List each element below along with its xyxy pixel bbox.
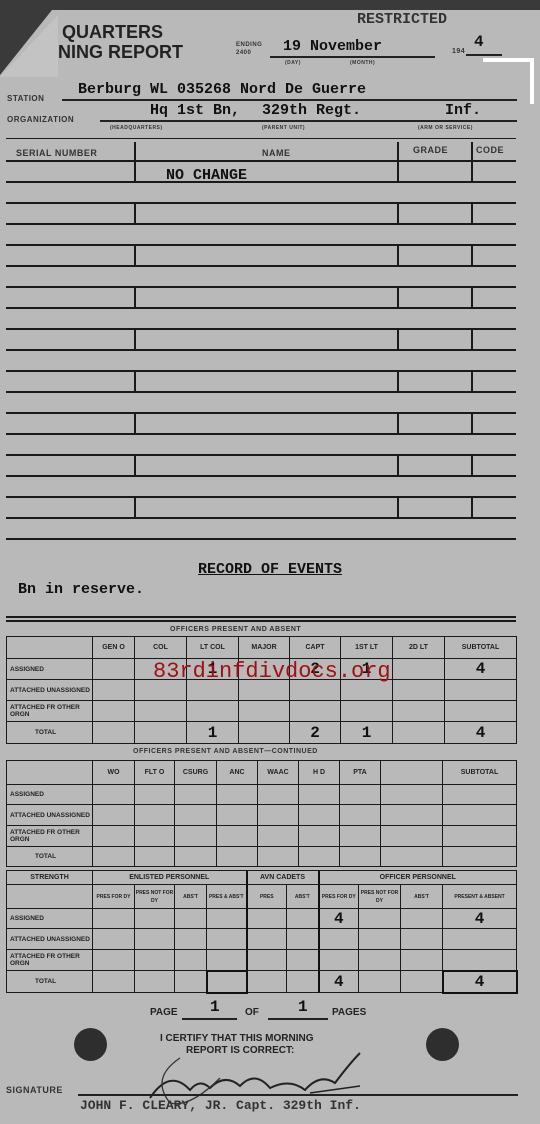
cell: 2 [290, 722, 341, 744]
roster-divider [134, 454, 136, 475]
col-serial-number: SERIAL NUMBER [16, 148, 97, 158]
col: PRES FOR DY [93, 885, 135, 909]
roster-divider [397, 370, 399, 391]
header-divider [471, 142, 473, 160]
roster-divider [471, 160, 473, 181]
roster-rule [6, 391, 516, 393]
roster-rule [6, 244, 516, 246]
col-pta: PTA [340, 761, 381, 785]
officers-col-major: MAJOR [239, 637, 290, 659]
roster-divider [134, 412, 136, 433]
row-label: ASSIGNED [7, 659, 93, 680]
row-label: TOTAL [7, 847, 93, 867]
strength-row-total: TOTAL 4 4 [7, 971, 517, 993]
cell: 4 [445, 659, 517, 680]
roster-divider [134, 496, 136, 517]
col-grade: GRADE [413, 145, 448, 155]
pages-underline [268, 1018, 328, 1020]
col: ABS'T [401, 885, 443, 909]
roster-divider [397, 286, 399, 307]
row-label: TOTAL [7, 971, 93, 993]
roster-divider [397, 496, 399, 517]
col-blank [381, 761, 443, 785]
cell: 1 [187, 722, 239, 744]
roster-rule [6, 265, 516, 267]
arm-caption: (ARM OR SERVICE) [418, 125, 473, 131]
roster-rule [6, 370, 516, 372]
organization-underline [100, 120, 517, 122]
officers-col-subtotal: SUBTOTAL [445, 637, 517, 659]
roster-rule [6, 307, 516, 309]
col-name: NAME [262, 148, 291, 158]
officers-col-col: COL [135, 637, 187, 659]
station-underline [62, 99, 517, 101]
report-date: 19 November [283, 38, 382, 55]
watermark: 83rdinfdivdocs.org [153, 659, 391, 684]
col: PRES NOT FOR DY [359, 885, 401, 909]
page-underline [182, 1018, 237, 1020]
officers-continued-table: WO FLT O CSURG ANC WAAC H D PTA SUBTOTAL… [6, 760, 517, 867]
cell [393, 659, 445, 680]
cont-row-assigned: ASSIGNED [7, 785, 517, 805]
report-title-line1: QUARTERS [62, 22, 163, 43]
roster-divider [471, 244, 473, 265]
report-title-line2: NING REPORT [58, 42, 183, 63]
cell [93, 701, 135, 722]
roster-rule [6, 412, 516, 414]
white-mark [483, 58, 533, 62]
roster-rule [6, 454, 516, 456]
strength-label: STRENGTH [7, 871, 93, 885]
roster-rule [6, 181, 516, 183]
row-label: ASSIGNED [7, 785, 93, 805]
roster-divider [471, 496, 473, 517]
cell: 4 [319, 909, 359, 929]
cell [187, 701, 239, 722]
record-of-events-entry: Bn in reserve. [18, 581, 144, 598]
ending-label: ENDING 2400 [236, 41, 266, 57]
year-underline [466, 54, 502, 56]
officers-col-gen-o: GEN O [93, 637, 135, 659]
organization-hq: Hq 1st Bn, [150, 102, 240, 119]
year-suffix: 4 [474, 33, 484, 51]
cell [445, 701, 517, 722]
roster-rule [6, 160, 516, 162]
col-anc: ANC [217, 761, 258, 785]
cell [93, 659, 135, 680]
signer-name: JOHN F. CLEARY, JR. Capt. 329th Inf. [80, 1098, 361, 1113]
col: PRES [247, 885, 287, 909]
roster-divider [134, 160, 136, 181]
roster-divider [134, 286, 136, 307]
punch-hole-left [74, 1028, 107, 1061]
of-label: OF [245, 1007, 259, 1018]
cont-row-attached-unassigned: ATTACHED UNASSIGNED [7, 805, 517, 826]
roster-rule [6, 223, 516, 225]
cell [93, 722, 135, 744]
cell [93, 680, 135, 701]
roster-rule [6, 286, 516, 288]
hq-caption: (HEADQUARTERS) [110, 125, 163, 131]
station-value: Berburg WL 035268 Nord De Guerre [78, 81, 366, 98]
col-hd: H D [299, 761, 340, 785]
row-label: ATTACHED FR OTHER ORGN [7, 826, 93, 847]
officers-col-capt: CAPT [290, 637, 341, 659]
strength-row-attached-unassigned: ATTACHED UNASSIGNED [7, 929, 517, 950]
strength-table: STRENGTH ENLISTED PERSONNEL AVN CADETS O… [6, 870, 518, 994]
row-label: ATTACHED UNASSIGNED [7, 680, 93, 701]
row-label: TOTAL [7, 722, 93, 744]
pages-label: PAGES [332, 1007, 366, 1018]
cell [135, 701, 187, 722]
roster-divider [397, 244, 399, 265]
roster-divider [134, 370, 136, 391]
organization-parent: 329th Regt. [262, 102, 361, 119]
col-wo: WO [93, 761, 135, 785]
cell [393, 722, 445, 744]
cell [239, 722, 290, 744]
certify-line1: I CERTIFY THAT THIS MORNING [160, 1033, 314, 1044]
month-caption: (MONTH) [350, 60, 375, 66]
cell: 4 [445, 722, 517, 744]
roster-rule [6, 496, 516, 498]
cell [393, 680, 445, 701]
roster-divider [134, 202, 136, 223]
cont-row-attached-other: ATTACHED FR OTHER ORGN [7, 826, 517, 847]
officers-row-total: TOTAL 1 2 1 4 [7, 722, 517, 744]
cell: 4 [443, 909, 517, 929]
roster-divider [397, 454, 399, 475]
col: ABS'T [175, 885, 207, 909]
row-label: ASSIGNED [7, 909, 93, 929]
total-pages: 1 [298, 998, 308, 1016]
cell [290, 701, 341, 722]
cell [393, 701, 445, 722]
group-avn-cadets: AVN CADETS [247, 871, 319, 885]
row-label: ATTACHED FR OTHER ORGN [7, 950, 93, 971]
cell [341, 701, 393, 722]
col-code: CODE [476, 145, 504, 155]
cell: 1 [341, 722, 393, 744]
classification-stamp: RESTRICTED [357, 11, 447, 28]
organization-label: ORGANIZATION [7, 115, 74, 124]
officers-table: GEN O COL LT COL MAJOR CAPT 1ST LT 2D LT… [6, 636, 517, 744]
organization-arm: Inf. [445, 102, 481, 119]
col-subtotal: SUBTOTAL [443, 761, 517, 785]
officers-col-1st-lt: 1ST LT [341, 637, 393, 659]
roster-divider [471, 370, 473, 391]
roster-divider [471, 412, 473, 433]
cont-row-total: TOTAL [7, 847, 517, 867]
white-mark-vertical [530, 58, 534, 104]
row-label: ATTACHED UNASSIGNED [7, 929, 93, 950]
record-of-events-title: RECORD OF EVENTS [198, 561, 342, 578]
day-caption: (DAY) [285, 60, 301, 66]
col-waac: WAAC [258, 761, 299, 785]
roster-rule [6, 349, 516, 351]
officers-col-lt-col: LT COL [187, 637, 239, 659]
cell: 4 [443, 971, 517, 993]
col: PRES FOR DY [319, 885, 359, 909]
roster-rule [6, 517, 516, 519]
officers-row-attached-other: ATTACHED FR OTHER ORGN [7, 701, 517, 722]
roster-divider [397, 328, 399, 349]
roster-divider [471, 328, 473, 349]
cell: 4 [319, 971, 359, 993]
signature-underline [78, 1094, 518, 1096]
row-label: ATTACHED FR OTHER ORGN [7, 701, 93, 722]
roster-divider [471, 454, 473, 475]
roster-divider [134, 244, 136, 265]
col-flt-o: FLT O [135, 761, 175, 785]
officers-col-2d-lt: 2D LT [393, 637, 445, 659]
signature-label: SIGNATURE [6, 1085, 63, 1095]
roster-divider [134, 328, 136, 349]
roster-rule [6, 433, 516, 435]
parent-caption: (PARENT UNIT) [262, 125, 305, 131]
roster-divider [397, 202, 399, 223]
roster-rule [6, 328, 516, 330]
roster-divider [397, 412, 399, 433]
roster-rule [6, 202, 516, 204]
officers-continued-title: OFFICERS PRESENT AND ABSENT—CONTINUED [133, 748, 318, 755]
roster-rule [6, 475, 516, 477]
officers-table-title: OFFICERS PRESENT AND ABSENT [170, 626, 301, 633]
strength-row-attached-other: ATTACHED FR OTHER ORGN [7, 950, 517, 971]
group-officer: OFFICER PERSONNEL [319, 871, 517, 885]
col [7, 761, 93, 785]
col: ABS'T [287, 885, 319, 909]
roster-divider [397, 160, 399, 181]
col: PRES & ABS'T [207, 885, 247, 909]
cell [445, 680, 517, 701]
col: PRESENT & ABSENT [443, 885, 517, 909]
rule [6, 616, 516, 618]
blank [7, 885, 93, 909]
col: PRES NOT FOR DY [135, 885, 175, 909]
rule [6, 138, 516, 139]
year-prefix: 194 [452, 48, 465, 55]
group-enlisted: ENLISTED PERSONNEL [93, 871, 247, 885]
row-label: ATTACHED UNASSIGNED [7, 805, 93, 826]
date-underline [270, 56, 435, 58]
station-label: STATION [7, 94, 44, 103]
cell [135, 722, 187, 744]
strength-row-assigned: ASSIGNED 4 4 [7, 909, 517, 929]
col-csurg: CSURG [175, 761, 217, 785]
punch-hole-right [426, 1028, 459, 1061]
header-divider [397, 142, 399, 160]
cell [239, 701, 290, 722]
roster-rule [6, 538, 516, 540]
roster-divider [471, 202, 473, 223]
page-label: PAGE [150, 1007, 178, 1018]
roster-divider [471, 286, 473, 307]
page-number: 1 [210, 998, 220, 1016]
rule [6, 620, 516, 622]
header-divider [134, 142, 136, 160]
officers-col [7, 637, 93, 659]
